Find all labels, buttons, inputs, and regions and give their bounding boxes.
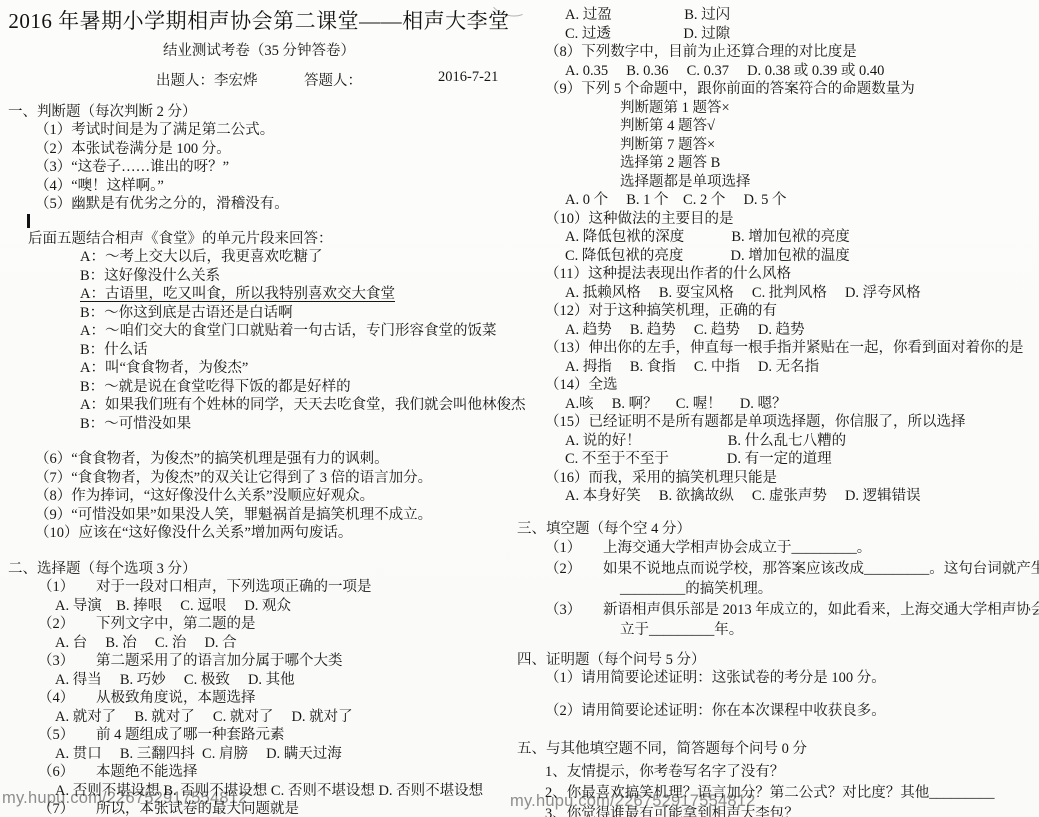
text-line: A. 就对了 B. 就对了 C. 就对了 D. 就对了: [8, 708, 510, 727]
text-line: B：～你这到底是古语还是白话啊: [8, 304, 510, 323]
text-line: （5） 前 4 题组成了哪一种套路元素: [8, 726, 510, 745]
text-line: 判断第 7 题答×: [517, 136, 1039, 155]
exam-subtitle: 结业测试考卷（35 分钟答卷）: [8, 42, 510, 61]
text-line: A. 说的好！ B. 什么乱七八糟的: [517, 432, 1039, 451]
text-line: （6） 本题绝不能选择: [8, 763, 510, 782]
text-line: A. 台 B. 冶 C. 治 D. 合: [8, 634, 510, 653]
judge-items: （1）考试时间是为了满足第二公式。（2）本张试卷满分是 100 分。（3）“这卷…: [8, 121, 510, 214]
exam-answerer: 答题人：: [304, 69, 362, 90]
text-line: （1）考试时间是为了满足第二公式。: [8, 121, 510, 140]
choice-questions-continued: A. 过盈 B. 过闪C. 过透 D. 过隙（8）下列数字中，目前为止还算合理的…: [517, 6, 1039, 506]
fill-items: （1） 上海交通大学相声协会成立于_________。（2） 如果不说地点而说学…: [517, 538, 1039, 641]
text-line: B：～可惜没如果: [8, 415, 510, 434]
text-line: A. 0.35 B. 0.36 C. 0.37 D. 0.38 或 0.39 或…: [517, 62, 1039, 81]
text-line: （2） 下列文字中，第二题的是: [8, 615, 510, 634]
page-title: 2016 年暑期小学期相声协会第二课堂——相声大李堂: [8, 6, 510, 36]
exam-date: 2016-7-21: [438, 69, 498, 86]
text-line: 选择题都是单项选择: [517, 173, 1039, 192]
text-line: （10）这种做法的主要目的是: [517, 210, 1039, 229]
text-line: B：～就是说在食堂吃得下饭的都是好样的: [8, 378, 510, 397]
section-judge-heading: 一、判断题（每次判断 2 分）: [8, 103, 510, 122]
proof-items: （1）请用简要论述证明：这张试卷的考分是 100 分。（2）请用简要论述证明：你…: [517, 669, 1039, 720]
text-line: C. 过透 D. 过隙: [517, 25, 1039, 44]
text-line: （10）应该在“这好像没什么关系”增加两句废话。: [8, 524, 510, 543]
text-line: A. 抵赖风格 B. 耍宝风格 C. 批判风格 D. 浮夸风格: [517, 284, 1039, 303]
text-line: （14）全选: [517, 376, 1039, 395]
text-line: A：如果我们班有个姓林的同学，天天去吃食堂，我们就会叫他林俊杰: [8, 396, 510, 415]
text-line: 判断第 4 题答√: [517, 117, 1039, 136]
text-line: （6）“食食物者，为俊杰”的搞笑机理是强有力的讽刺。: [8, 450, 510, 469]
text-line: A.咳 B. 啊？ C. 喔！ D. 嗯？: [517, 395, 1039, 414]
section-short-heading: 五、与其他填空题不同，简答题每个问号 0 分: [517, 740, 1039, 759]
text-line: _________的搞笑机理。: [517, 579, 1039, 600]
text-line: A. 否则不堪设想 B. 否则不堪设想 C. 否则不堪设想 D. 否则不堪设想: [8, 782, 510, 801]
text-line: （9）下列 5 个命题中，跟你前面的答案符合的命题数量为: [517, 80, 1039, 99]
right-column: A. 过盈 B. 过闪C. 过透 D. 过隙（8）下列数字中，目前为止还算合理的…: [517, 6, 1039, 817]
text-line: A. 拇指 B. 食指 C. 中指 D. 无名指: [517, 358, 1039, 377]
text-line: （15）已经证明不是所有题都是单项选择题，你信服了，所以选择: [517, 413, 1039, 432]
text-line: C. 降低包袱的亮度 D. 增加包袱的温度: [517, 247, 1039, 266]
text-line: （2）请用简要论述证明：你在本次课程中收获良多。: [517, 702, 1039, 721]
text-line: 立于_________年。: [517, 620, 1039, 641]
text-line: （8）作为捧词，“这好像没什么关系”没顺应好观众。: [8, 487, 510, 506]
text-line: （7）“食食物者，为俊杰”的双关让它得到了 3 倍的语言加分。: [8, 469, 510, 488]
text-line: A. 本身好笑 B. 欲擒故纵 C. 虚张声势 D. 逻辑错误: [517, 487, 1039, 506]
text-line: （4） 从极致角度说，本题选择: [8, 689, 510, 708]
text-line: （1） 对于一段对口相声，下列选项正确的一项是: [8, 578, 510, 597]
text-line: 3、你觉得谁最有可能拿到相声大李包？: [517, 804, 1039, 817]
text-line: 1、友情提示，你考卷写名字了没有？: [517, 762, 1039, 783]
text-line: B：这好像没什么关系: [8, 267, 510, 286]
section-choice-heading: 二、选择题（每个选项 3 分）: [8, 560, 510, 579]
text-line: （4）“噢！这样啊。”: [8, 177, 510, 196]
text-line: （3）“这卷子……谁出的呀？”: [8, 158, 510, 177]
text-line: A. 0 个 B. 1 个 C. 2 个 D. 5 个: [517, 191, 1039, 210]
section-proof-heading: 四、证明题（每个问号 5 分）: [517, 651, 1039, 670]
text-line: C. 不至于不至于 D. 有一定的道理: [517, 450, 1039, 469]
dialogue-intro: 后面五题结合相声《食堂》的单元片段来回答：: [8, 230, 510, 249]
text-line: （3） 第二题采用了的语言加分属于哪个大类: [8, 652, 510, 671]
exam-paper-document: 2016 年暑期小学期相声协会第二课堂——相声大李堂 结业测试考卷（35 分钟答…: [0, 0, 1039, 817]
cursor-line: [8, 214, 510, 230]
text-line: （2）本张试卷满分是 100 分。: [8, 140, 510, 159]
text-line: （1） 上海交通大学相声协会成立于_________。: [517, 538, 1039, 559]
section-fill-heading: 三、填空题（每个空 4 分）: [517, 520, 1039, 539]
text-line: （16）而我，采用的搞笑机理只能是: [517, 469, 1039, 488]
text-caret: [27, 214, 30, 228]
text-line: A：叫“食食物者，为俊杰”: [8, 359, 510, 378]
text-line: （3） 新语相声俱乐部是 2013 年成立的，如此看来，上海交通大学相声协会到底…: [517, 600, 1039, 621]
text-line: A：古语里，吃又叫食，所以我特别喜欢交大食堂: [8, 285, 510, 304]
choice-questions: （1） 对于一段对口相声，下列选项正确的一项是A. 导演 B. 捧哏 C. 逗哏…: [8, 578, 510, 817]
text-line: 2、你最喜欢搞笑机理？语言加分？第二公式？对比度？其他_________: [517, 783, 1039, 804]
text-line: （1）请用简要论述证明：这张试卷的考分是 100 分。: [517, 669, 1039, 688]
text-line: （5）幽默是有优劣之分的，滑稽没有。: [8, 195, 510, 214]
text-line: A. 过盈 B. 过闪: [517, 6, 1039, 25]
exam-setter: 出题人：李宏烨: [156, 69, 258, 90]
text-line: （2） 如果不说地点而说学校，那答案应该改成_________。这句台词就产生了: [517, 559, 1039, 580]
text-line: A. 得当 B. 巧妙 C. 极致 D. 其他: [8, 671, 510, 690]
text-line: B：什么话: [8, 341, 510, 360]
dialogue-block: A：～考上交大以后，我更喜欢吃糖了B：这好像没什么关系A：古语里，吃又叫食，所以…: [8, 248, 510, 433]
short-items: 1、友情提示，你考卷写名字了没有？2、你最喜欢搞笑机理？语言加分？第二公式？对比…: [517, 762, 1039, 817]
text-line: （7） 所以，本张试卷的最大问题就是: [8, 800, 510, 817]
judge-items-2: （6）“食食物者，为俊杰”的搞笑机理是强有力的讽刺。（7）“食食物者，为俊杰”的…: [8, 450, 510, 543]
text-line: 选择第 2 题答 B: [517, 154, 1039, 173]
text-line: A：～咱们交大的食堂门口就贴着一句古话，专门形容食堂的饭菜: [8, 322, 510, 341]
text-line: （13）伸出你的左手，伸直每一根手指并紧贴在一起，你看到面对着你的是: [517, 339, 1039, 358]
text-line: A. 降低包袱的深度 B. 增加包袱的亮度: [517, 228, 1039, 247]
text-line: （11）这种提法表现出作者的什么风格: [517, 265, 1039, 284]
text-line: （9）“可惜没如果”如果没人笑，罪魁祸首是搞笑机理不成立。: [8, 506, 510, 525]
text-line: （8）下列数字中，目前为止还算合理的对比度是: [517, 43, 1039, 62]
text-line: （12）对于这种搞笑机理，正确的有: [517, 302, 1039, 321]
text-line: 判断题第 1 题答×: [517, 99, 1039, 118]
text-line: A. 贯口 B. 三翻四抖 C. 肩膀 D. 瞒天过海: [8, 745, 510, 764]
exam-meta-row: 出题人：李宏烨 答题人： 2016-7-21: [8, 69, 510, 91]
left-column: 2016 年暑期小学期相声协会第二课堂——相声大李堂 结业测试考卷（35 分钟答…: [8, 0, 510, 817]
text-line: A. 趋势 B. 趋势 C. 趋势 D. 趋势: [517, 321, 1039, 340]
text-line: A：～考上交大以后，我更喜欢吃糖了: [8, 248, 510, 267]
text-line: A. 导演 B. 捧哏 C. 逗哏 D. 观众: [8, 597, 510, 616]
